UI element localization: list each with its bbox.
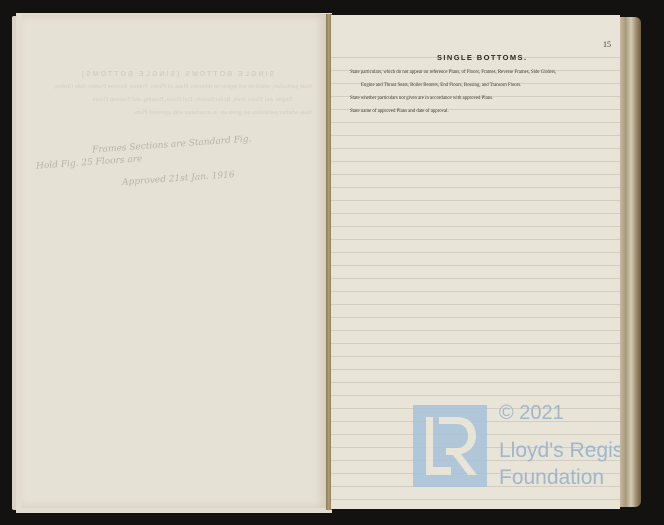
- page-edges: [619, 17, 641, 507]
- open-ledger-book: SINGLE BOTTOMS (SINGLE BOTTOMS) State pa…: [0, 0, 664, 525]
- handwritten-note-line-2: Hold Fig. 25 Floors are: [36, 154, 143, 171]
- watermark-org-line-1: Lloyd's Register: [499, 439, 620, 463]
- handwritten-note-line-3: Approved 21st Jan. 1916: [122, 170, 235, 188]
- handwritten-note-line-1: Frames Sections are Standard Fig.: [92, 134, 252, 155]
- bleed-through-text: SINGLE BOTTOMS (SINGLE BOTTOMS) State pa…: [42, 68, 312, 120]
- watermark-copyright: © 2021: [499, 402, 564, 425]
- watermark-clip: © 2021 Lloyd's Register Foundation: [331, 15, 620, 509]
- left-page: SINGLE BOTTOMS (SINGLE BOTTOMS) State pa…: [22, 14, 328, 508]
- watermark-org-line-2: Foundation: [499, 466, 604, 490]
